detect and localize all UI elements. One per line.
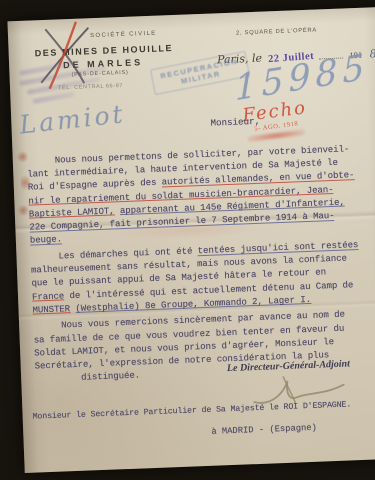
letterhead-paris-address: 2, SQUARE DE L'OPÉRA — [236, 27, 317, 36]
letter-text-segment: beuge. — [30, 234, 63, 246]
pencil-name-annotation: Lamiot — [18, 99, 127, 139]
salutation: Monsieur, — [210, 116, 260, 129]
letterhead-society-type: SOCIÉTÉ CIVILE — [90, 31, 157, 40]
faded-stamp-line — [33, 92, 75, 104]
scan-background: { "letterhead": { "line1": "SOCIÉTÉ CIVI… — [0, 0, 375, 480]
footer-location: à MADRID - (Espagne) — [211, 423, 317, 437]
letter-text-segment: France — [32, 290, 65, 302]
letter-body: Nous nous permettons de solliciter, par … — [27, 142, 375, 386]
footer-addressee: Monsieur le Secrétaire Particulier de Sa… — [33, 400, 352, 421]
letter-page: SOCIÉTÉ CIVILE DES MINES DE HOUILLE DE M… — [7, 7, 375, 473]
letter-text-segment: distinguée. — [81, 370, 140, 383]
year-handwritten: 8 — [369, 47, 375, 60]
letter-text-segment: MUNSTER — [32, 303, 70, 315]
